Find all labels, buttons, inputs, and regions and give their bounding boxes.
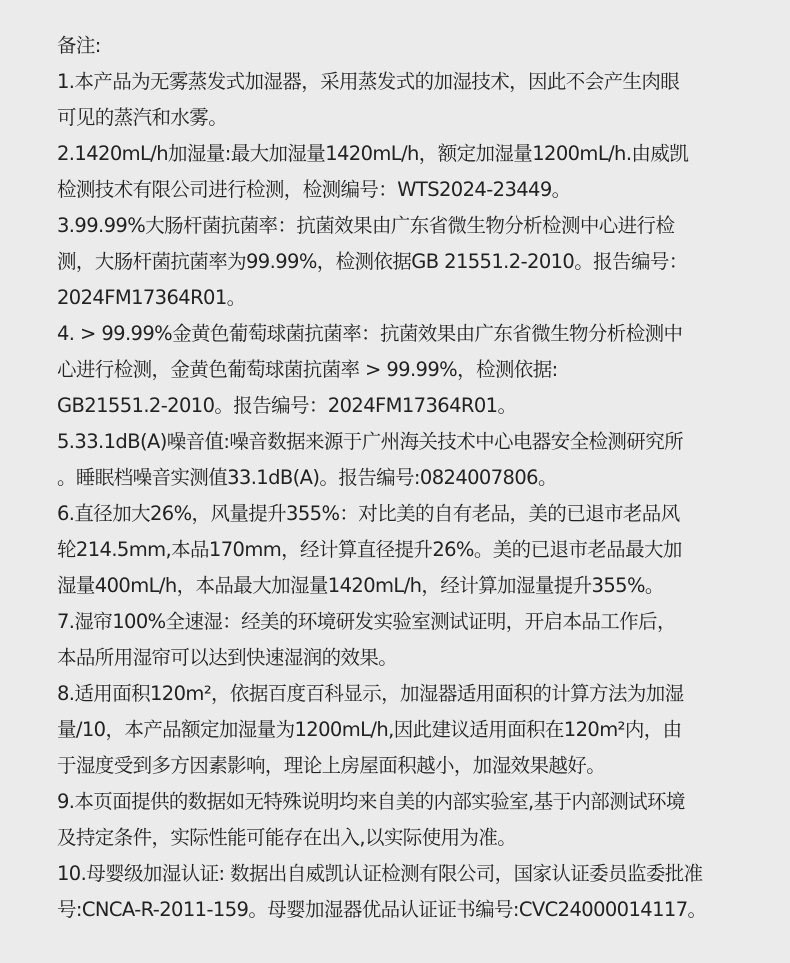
note-line: GB21551.2-2010。报告编号：2024FM17364R01。 [57,388,757,424]
note-line: 及持定条件，实际性能可能存在出入,以实际使用为准。 [57,820,757,856]
note-item-3: 3.99.99%大肠杆菌抗菌率：抗菌效果由广东省微生物分析检测中心进行检 测，大… [57,208,757,316]
notes-title: 备注: [57,28,757,64]
note-line: 本品所用湿帘可以达到快速湿润的效果。 [57,640,757,676]
note-line: 2024FM17364R01。 [57,280,757,316]
note-line: 心进行检测，金黄色葡萄球菌抗菌率 > 99.99%，检测依据: [57,352,757,388]
note-item-10: 10.母婴级加湿认证: 数据出自威凯认证检测有限公司，国家认证委员监委批准 号:… [57,856,757,928]
note-line: 2.1420mL/h加湿量:最大加湿量1420mL/h，额定加湿量1200mL/… [57,136,757,172]
note-line: 测，大肠杆菌抗菌率为99.99%，检测依据GB 21551.2-2010。报告编… [57,244,757,280]
note-item-6: 6.直径加大26%，风量提升355%：对比美的自有老品，美的已退市老品风 轮21… [57,496,757,604]
note-item-8: 8.适用面积120m²，依据百度百科显示，加湿器适用面积的计算方法为加湿 量/1… [57,676,757,784]
notes-section: 备注: 1.本产品为无雾蒸发式加湿器，采用蒸发式的加湿技术，因此不会产生肉眼 可… [57,28,757,928]
note-item-7: 7.湿帘100%全速湿：经美的环境研发实验室测试证明，开启本品工作后， 本品所用… [57,604,757,676]
note-line: 6.直径加大26%，风量提升355%：对比美的自有老品，美的已退市老品风 [57,496,757,532]
note-line: 量/10，本产品额定加湿量为1200mL/h,因此建议适用面积在120m²内，由 [57,712,757,748]
note-line: 5.33.1dB(A)噪音值:噪音数据来源于广州海关技术中心电器安全检测研究所 [57,424,757,460]
note-item-5: 5.33.1dB(A)噪音值:噪音数据来源于广州海关技术中心电器安全检测研究所 … [57,424,757,496]
note-line: 9.本页面提供的数据如无特殊说明均来自美的内部实验室,基于内部测试环境 [57,784,757,820]
note-line: 湿量400mL/h，本品最大加湿量1420mL/h，经计算加湿量提升355%。 [57,568,757,604]
note-line: 3.99.99%大肠杆菌抗菌率：抗菌效果由广东省微生物分析检测中心进行检 [57,208,757,244]
note-line: 7.湿帘100%全速湿：经美的环境研发实验室测试证明，开启本品工作后， [57,604,757,640]
note-line: 于湿度受到多方因素影响，理论上房屋面积越小，加湿效果越好。 [57,748,757,784]
note-line: 。睡眠档噪音实测值33.1dB(A)。报告编号:0824007806。 [57,460,757,496]
note-line: 1.本产品为无雾蒸发式加湿器，采用蒸发式的加湿技术，因此不会产生肉眼 [57,64,757,100]
note-item-2: 2.1420mL/h加湿量:最大加湿量1420mL/h，额定加湿量1200mL/… [57,136,757,208]
note-line: 检测技术有限公司进行检测，检测编号：WTS2024-23449。 [57,172,757,208]
note-item-4: 4. > 99.99%金黄色葡萄球菌抗菌率：抗菌效果由广东省微生物分析检测中 心… [57,316,757,424]
note-line: 10.母婴级加湿认证: 数据出自威凯认证检测有限公司，国家认证委员监委批准 [57,856,757,892]
note-line: 号:CNCA-R-2011-159。母婴加湿器优品认证证书编号:CVC24000… [57,892,757,928]
note-line: 轮214.5mm,本品170mm，经计算直径提升26%。美的已退市老品最大加 [57,532,757,568]
note-line: 8.适用面积120m²，依据百度百科显示，加湿器适用面积的计算方法为加湿 [57,676,757,712]
note-item-1: 1.本产品为无雾蒸发式加湿器，采用蒸发式的加湿技术，因此不会产生肉眼 可见的蒸汽… [57,64,757,136]
note-line: 可见的蒸汽和水雾。 [57,100,757,136]
note-line: 4. > 99.99%金黄色葡萄球菌抗菌率：抗菌效果由广东省微生物分析检测中 [57,316,757,352]
note-item-9: 9.本页面提供的数据如无特殊说明均来自美的内部实验室,基于内部测试环境 及持定条… [57,784,757,856]
